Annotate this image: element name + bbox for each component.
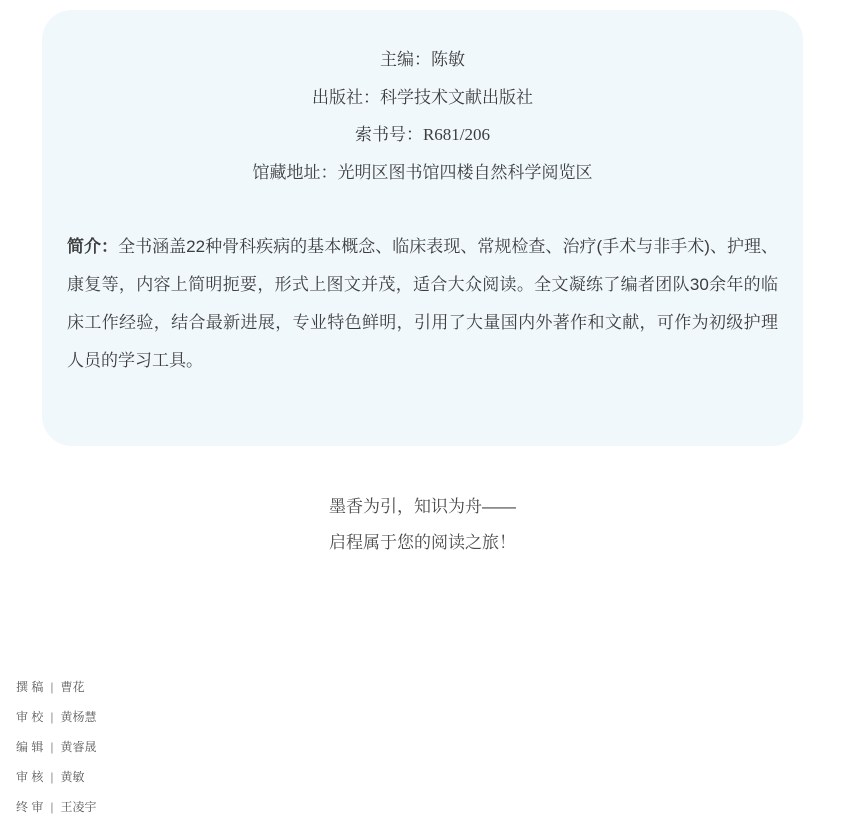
book-call-number-line: 索书号：R681/206 — [67, 116, 778, 154]
credit-separator: | — [50, 710, 53, 724]
credit-row-editor: 编 辑|黄睿晟 — [16, 732, 96, 762]
credit-role: 审 核 — [16, 770, 43, 784]
book-location-line: 馆藏地址：光明区图书馆四楼自然科学阅览区 — [67, 154, 778, 192]
book-info-card: 主编：陈敏 出版社：科学技术文献出版社 索书号：R681/206 馆藏地址：光明… — [42, 10, 803, 446]
credit-row-writer: 撰 稿|曹花 — [16, 672, 96, 702]
closing-message: 墨香为引，知识为舟—— 启程属于您的阅读之旅！ — [0, 489, 845, 561]
book-intro-paragraph: 简介：全书涵盖22种骨科疾病的基本概念、临床表现、常规检查、治疗(手术与非手术)… — [67, 228, 778, 380]
credit-role: 审 校 — [16, 710, 43, 724]
credit-name: 王凌宇 — [60, 800, 96, 814]
book-meta: 主编：陈敏 出版社：科学技术文献出版社 索书号：R681/206 馆藏地址：光明… — [67, 41, 778, 191]
credit-separator: | — [50, 680, 53, 694]
book-publisher-line: 出版社：科学技术文献出版社 — [67, 79, 778, 117]
intro-label: 简介： — [67, 237, 118, 256]
intro-body: 全书涵盖22种骨科疾病的基本概念、临床表现、常规检查、治疗(手术与非手术)、护理… — [67, 237, 778, 370]
credit-row-proofreader: 审 校|黄杨慧 — [16, 702, 96, 732]
credit-row-reviewer: 审 核|黄敏 — [16, 762, 96, 792]
credit-separator: | — [50, 800, 53, 814]
credit-separator: | — [50, 740, 53, 754]
credit-role: 终 审 — [16, 800, 43, 814]
credit-role: 撰 稿 — [16, 680, 43, 694]
credit-name: 曹花 — [60, 680, 84, 694]
article-page: 主编：陈敏 出版社：科学技术文献出版社 索书号：R681/206 馆藏地址：光明… — [0, 0, 845, 840]
book-editor-line: 主编：陈敏 — [67, 41, 778, 79]
credit-row-final-reviewer: 终 审|王凌宇 — [16, 792, 96, 822]
credit-name: 黄杨慧 — [60, 710, 96, 724]
closing-line-1: 墨香为引，知识为舟—— — [0, 489, 845, 525]
closing-line-2: 启程属于您的阅读之旅！ — [0, 525, 845, 561]
credit-separator: | — [50, 770, 53, 784]
credit-role: 编 辑 — [16, 740, 43, 754]
credit-name: 黄睿晟 — [60, 740, 96, 754]
credit-name: 黄敏 — [60, 770, 84, 784]
credits-list: 撰 稿|曹花 审 校|黄杨慧 编 辑|黄睿晟 审 核|黄敏 终 审|王凌宇 — [16, 672, 96, 822]
